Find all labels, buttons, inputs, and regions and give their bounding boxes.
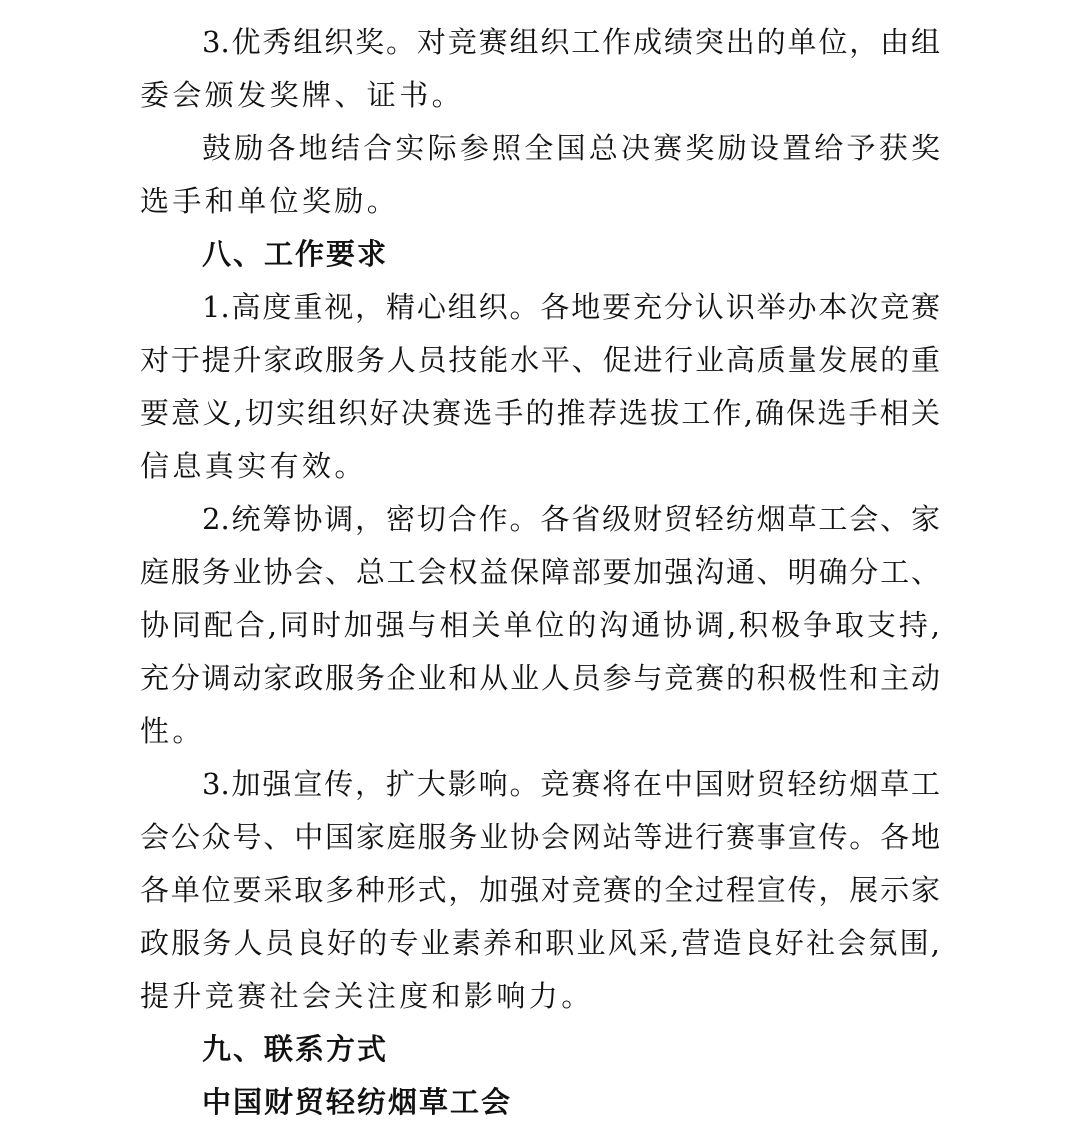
paragraph-line: 对于提升家政服务人员技能水平、促进行业高质量发展的重 <box>140 340 940 380</box>
paragraph-line: 各单位要采取多种形式，加强对竞赛的全过程宣传，展示家 <box>140 870 940 910</box>
paragraph-line: 充分调动家政服务企业和从业人员参与竞赛的积极性和主动 <box>140 658 940 698</box>
paragraph-line: 1.高度重视，精心组织。各地要充分认识举办本次竞赛 <box>202 287 940 327</box>
paragraph-line: 选手和单位奖励。 <box>140 181 940 221</box>
paragraph-line: 鼓励各地结合实际参照全国总决赛奖励设置给予获奖 <box>202 128 940 168</box>
document-page: 3.优秀组织奖。对竞赛组织工作成绩突出的单位，由组 委会颁发奖牌、证书。 鼓励各… <box>0 0 1080 1124</box>
paragraph-line: 要意义,切实组织好决赛选手的推荐选拔工作,确保选手相关 <box>140 393 940 433</box>
paragraph-line: 2.统筹协调，密切合作。各省级财贸轻纺烟草工会、家 <box>202 499 940 539</box>
paragraph-line: 提升竞赛社会关注度和影响力。 <box>140 976 940 1016</box>
paragraph-line: 委会颁发奖牌、证书。 <box>140 75 940 115</box>
section-heading-work-requirements: 八、工作要求 <box>202 234 940 274</box>
paragraph-line: 信息真实有效。 <box>140 446 940 486</box>
paragraph-line: 政服务人员良好的专业素养和职业风采,营造良好社会氛围, <box>140 923 940 963</box>
contact-organization: 中国财贸轻纺烟草工会 <box>202 1082 940 1122</box>
paragraph-line: 庭服务业协会、总工会权益保障部要加强沟通、明确分工、 <box>140 552 940 592</box>
paragraph-line: 3.优秀组织奖。对竞赛组织工作成绩突出的单位，由组 <box>202 22 940 62</box>
paragraph-line: 会公众号、中国家庭服务业协会网站等进行赛事宣传。各地 <box>140 817 940 857</box>
paragraph-line: 协同配合,同时加强与相关单位的沟通协调,积极争取支持, <box>140 605 940 645</box>
paragraph-line: 3.加强宣传，扩大影响。竞赛将在中国财贸轻纺烟草工 <box>202 764 940 804</box>
paragraph-line: 性。 <box>140 711 940 751</box>
section-heading-contact: 九、联系方式 <box>202 1029 940 1069</box>
